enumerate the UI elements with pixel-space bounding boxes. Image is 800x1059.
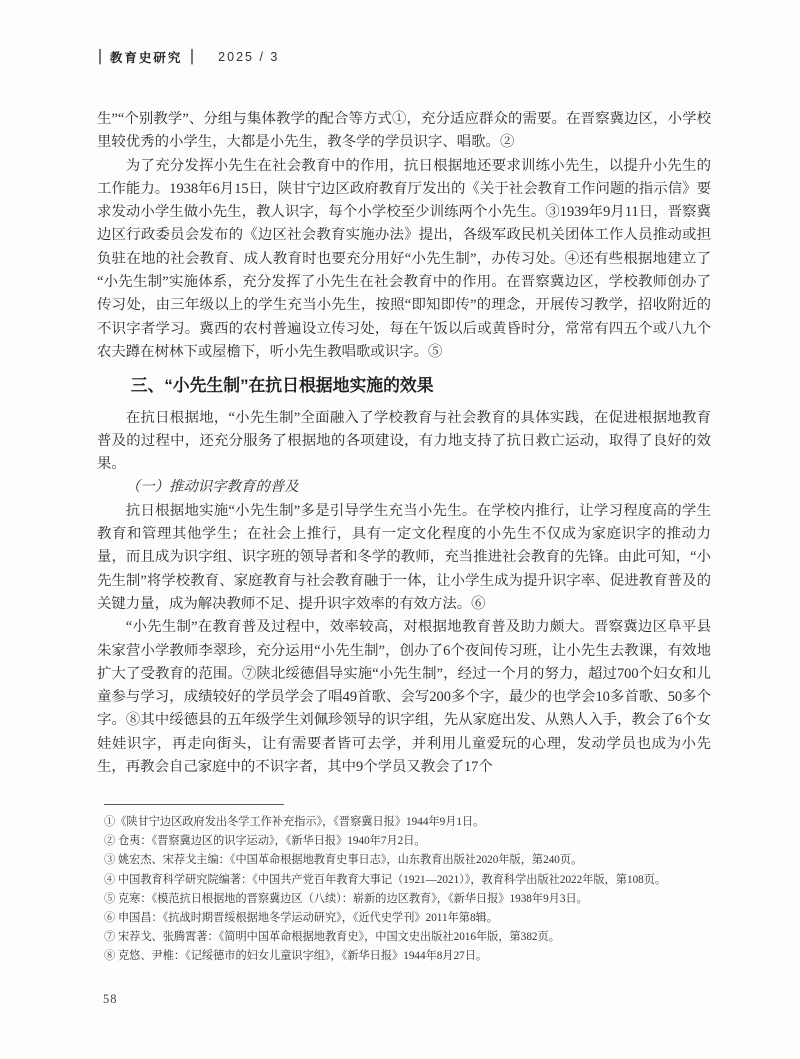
sub-heading: （一）推动识字教育的普及 xyxy=(97,476,711,499)
page-number: 58 xyxy=(103,992,118,1007)
paragraph-continuation: 生”“个别教学”、分组与集体教学的配合等方式①，充分适应群众的需要。在晋察冀边区… xyxy=(97,108,711,155)
journal-page: ┃ 教育史研究 ┃ 2025 / 3 生”“个别教学”、分组与集体教学的配合等方… xyxy=(0,0,800,1059)
footnote: ② 仓夷：《晋察冀边区的识字运动》，《新华日报》1940年7月2日。 xyxy=(104,832,749,851)
footnote: ⑥ 申国昌：《抗战时期晋绥根据地冬学运动研究》，《近代史学刊》2011年第8辑。 xyxy=(104,909,749,928)
footnote-area: ①《陕甘宁边区政府发出冬学工作补充指示》，《晋察冀日报》1944年9月1日。 ②… xyxy=(104,804,749,967)
paragraph: 为了充分发挥小先生在社会教育中的作用，抗日根据地还要求训练小先生，以提升小先生的… xyxy=(97,155,711,365)
journal-name: 教育史研究 xyxy=(110,48,183,66)
paragraph: 抗日根据地实施“小先生制”多是引导学生充当小先生。在学校内推行，让学习程度高的学… xyxy=(97,500,711,616)
footnote: ①《陕甘宁边区政府发出冬学工作补充指示》，《晋察冀日报》1944年9月1日。 xyxy=(104,813,749,832)
paragraph: 在抗日根据地，“小先生制”全面融入了学校教育与社会教育的具体实践，在促进根据地教… xyxy=(97,407,711,477)
running-head: ┃ 教育史研究 ┃ 2025 / 3 xyxy=(96,48,279,66)
footnote-list: ①《陕甘宁边区政府发出冬学工作补充指示》，《晋察冀日报》1944年9月1日。 ②… xyxy=(104,813,749,967)
section-heading: 三、“小先生制”在抗日根据地实施的效果 xyxy=(97,374,711,397)
issue-number: 2025 / 3 xyxy=(218,50,279,64)
head-bar-left-icon: ┃ xyxy=(98,49,103,65)
footnote: ⑤ 克寒：《模范抗日根据地的晋察冀边区（八续）：崭新的边区教育》，《新华日报》1… xyxy=(104,890,749,909)
paragraph: “小先生制”在教育普及过程中，效率较高，对根据地教育普及助力颇大。晋察冀边区阜平… xyxy=(97,616,711,779)
article-body: 生”“个别教学”、分组与集体教学的配合等方式①，充分适应群众的需要。在晋察冀边区… xyxy=(97,108,711,779)
footnote: ⑦ 宋荐戈、张腾霄著：《简明中国革命根据地教育史》，中国文史出版社2016年版，… xyxy=(104,928,749,947)
head-bar-right-icon: ┃ xyxy=(190,49,195,65)
footnote: ④ 中国教育科学研究院编著：《中国共产党百年教育大事记（1921—2021）》，… xyxy=(104,871,749,890)
footnote: ③ 姚宏杰、宋荐戈主编：《中国革命根据地教育史事日志》，山东教育出版社2020年… xyxy=(104,851,749,870)
footnote: ⑧ 克悠、尹椎：《记绥德市的妇女儿童识字组》，《新华日报》1944年8月27日。 xyxy=(104,947,749,966)
footnote-separator xyxy=(104,804,284,805)
